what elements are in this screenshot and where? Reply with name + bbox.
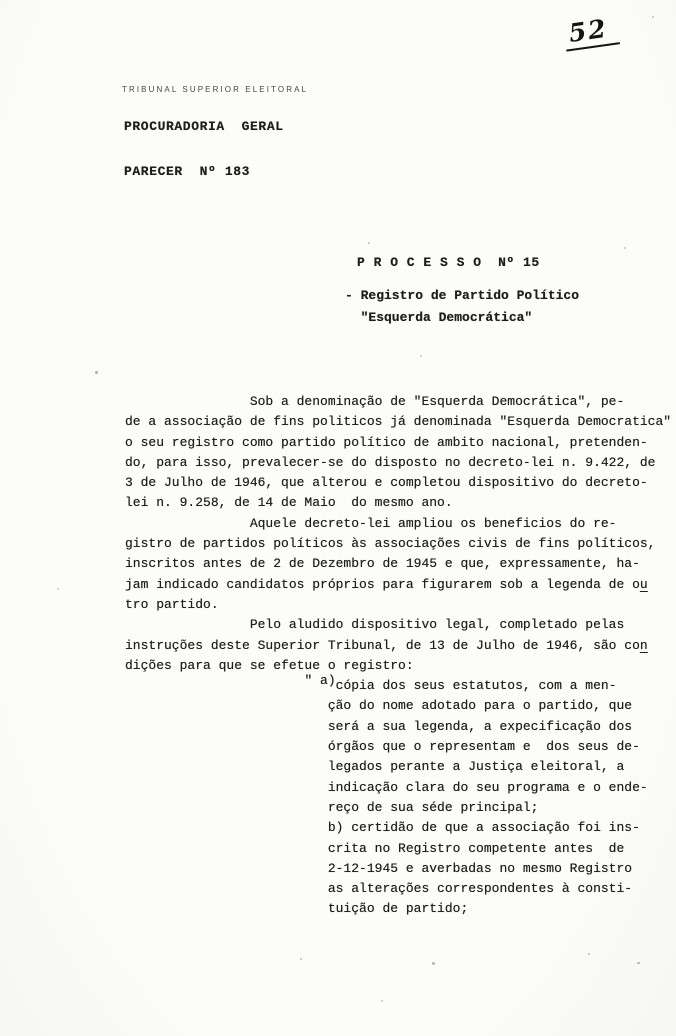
scan-speck — [300, 958, 302, 960]
scan-speck — [624, 247, 626, 249]
typewritten-line: ção do nome adotado para o partido, que — [125, 696, 671, 716]
process-number-heading: P R O C E S S O Nº 15 — [357, 255, 540, 270]
item-letter-superscript: " a) — [304, 673, 335, 688]
scan-speck — [381, 1000, 383, 1002]
folio-number-handwritten: 52 — [562, 12, 620, 51]
typewritten-line: crita no Registro competente antes de — [125, 839, 671, 859]
office-title: PROCURADORIA GERAL — [124, 119, 284, 134]
typewritten-line: 2-12-1945 e averbadas no mesmo Registro — [125, 859, 671, 879]
typewritten-line: jam indicado candidatos próprios para fi… — [125, 575, 671, 595]
scan-speck — [432, 962, 435, 965]
process-subject-line1: - Registro de Partido Político — [345, 288, 579, 303]
typewritten-line: Sob a denominação de "Esquerda Democráti… — [125, 392, 671, 412]
typewritten-line: lei n. 9.258, de 14 de Maio do mesmo ano… — [125, 493, 671, 513]
typewritten-line: Aquele decreto-lei ampliou os beneficios… — [125, 514, 671, 534]
scan-speck — [57, 588, 59, 590]
typewritten-line: tuição de partido; — [125, 899, 671, 919]
typewritten-line: reço de sua séde principal; — [125, 798, 671, 818]
typewritten-line: inscritos antes de 2 de Dezembro de 1945… — [125, 554, 671, 574]
typewritten-line: instruções deste Superior Tribunal, de 1… — [125, 636, 671, 656]
underlined-continuation-letter: u — [640, 577, 648, 592]
typewritten-line: do, para isso, prevalecer-se do disposto… — [125, 453, 671, 473]
underlined-continuation-letter: n — [640, 638, 648, 653]
letterhead: TRIBUNAL SUPERIOR ELEITORAL — [122, 85, 308, 94]
scan-speck — [588, 953, 590, 955]
typewritten-line: 3 de Julho de 1946, que alterou e comple… — [125, 473, 671, 493]
typewritten-line: de a associação de fins politicos já den… — [125, 412, 671, 432]
process-subject-line2: "Esquerda Democrática" — [345, 310, 532, 325]
typewritten-line: órgãos que o representam e dos seus de- — [125, 737, 671, 757]
folio-number: 52 — [562, 12, 620, 51]
typewritten-line: dições para que se efetue o registro: — [125, 656, 671, 676]
typewritten-line: b) certidão de que a associação foi ins- — [125, 818, 671, 838]
scan-speck — [420, 355, 422, 357]
typewritten-line: gistro de partidos políticos às associaç… — [125, 534, 671, 554]
typewritten-line: " a)cópia dos seus estatutos, com a men- — [125, 676, 671, 696]
typewritten-line: as alterações correspondentes à consti- — [125, 879, 671, 899]
document-page: 52 TRIBUNAL SUPERIOR ELEITORAL PROCURADO… — [0, 0, 676, 1036]
typewritten-line: será a sua legenda, a expecificação dos — [125, 717, 671, 737]
scan-speck — [368, 242, 370, 244]
scan-speck — [637, 962, 640, 964]
opinion-number: PARECER Nº 183 — [124, 164, 250, 179]
typewritten-line: Pelo aludido dispositivo legal, completa… — [125, 615, 671, 635]
scan-speck — [652, 16, 654, 18]
typewritten-line: indicação clara do seu programa e o ende… — [125, 778, 671, 798]
typewritten-line: o seu registro como partido político de … — [125, 433, 671, 453]
typewritten-line: legados perante a Justiça eleitoral, a — [125, 757, 671, 777]
scan-speck — [95, 371, 98, 374]
typewritten-line: tro partido. — [125, 595, 671, 615]
typewritten-body: Sob a denominação de "Esquerda Democráti… — [125, 392, 671, 920]
